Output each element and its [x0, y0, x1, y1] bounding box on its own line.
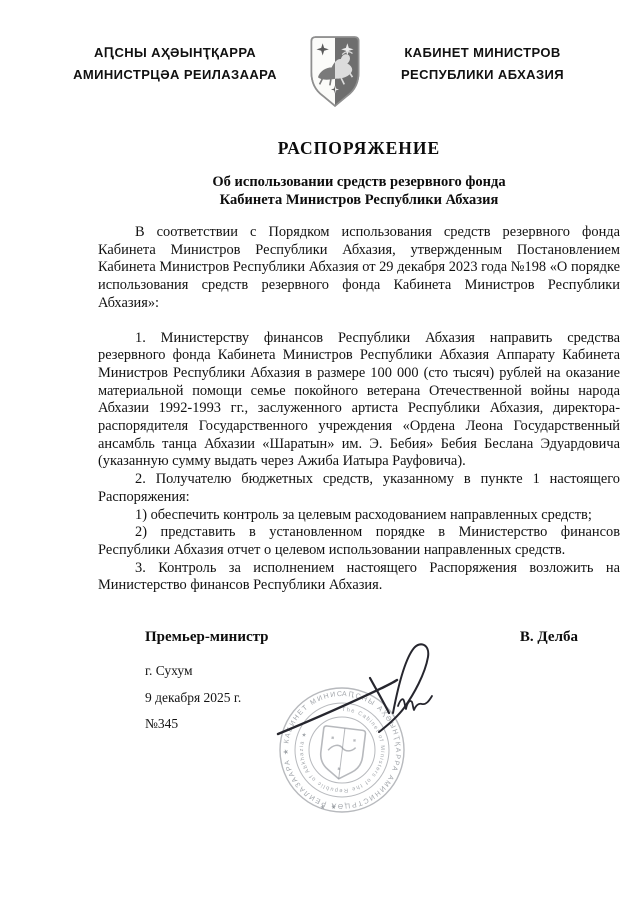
coat-of-arms-icon — [310, 36, 360, 108]
paragraph-item-3: 3. Контроль за исполнением настоящего Ра… — [98, 560, 620, 595]
paragraph-preamble: В соответствии с Порядком использования … — [98, 224, 620, 313]
paragraph-subitem-2: 2) представить в установленном порядке в… — [98, 524, 620, 559]
paragraph-item-1: 1. Министерству финансов Республики Абха… — [98, 330, 620, 472]
footer-city: г. Сухум — [145, 663, 640, 679]
subtitle-line1: Об использовании средств резервного фонд… — [98, 173, 620, 191]
footer-number: №345 — [145, 716, 640, 732]
document-page: АԤСНЫ АҲӘЫНҬҚАРРА АМИНИСТРЦӘА РЕИЛАЗААРА — [0, 0, 640, 905]
letterhead-russian-line2: РЕСПУБЛИКИ АБХАЗИЯ — [380, 64, 585, 86]
letterhead: АԤСНЫ АҲӘЫНҬҚАРРА АМИНИСТРЦӘА РЕИЛАЗААРА — [60, 36, 585, 108]
letterhead-abkhazian: АԤСНЫ АҲӘЫНҬҚАРРА АМИНИСТРЦӘА РЕИЛАЗААРА — [60, 36, 290, 86]
letterhead-abkhazian-line1: АԤСНЫ АҲӘЫНҬҚАРРА — [60, 42, 290, 64]
document-subtitle: Об использовании средств резервного фонд… — [98, 173, 620, 209]
signature-row: Премьер-министр В. Делба — [145, 629, 578, 646]
paragraph-subitem-1: 1) обеспечить контроль за целевым расход… — [98, 507, 620, 525]
document-title: РАСПОРЯЖЕНИЕ — [98, 138, 620, 159]
letterhead-russian: КАБИНЕТ МИНИСТРОВ РЕСПУБЛИКИ АБХАЗИЯ — [380, 36, 585, 86]
footer-date: 9 декабря 2025 г. — [145, 690, 640, 706]
svg-text:★ ★: ★ ★ — [320, 804, 338, 811]
document-body: В соответствии с Порядком использования … — [98, 224, 620, 595]
signer-name: В. Делба — [520, 629, 578, 646]
letterhead-abkhazian-line2: АМИНИСТРЦӘА РЕИЛАЗААРА — [60, 64, 290, 86]
letterhead-russian-line1: КАБИНЕТ МИНИСТРОВ — [380, 42, 585, 64]
document-footer: г. Сухум 9 декабря 2025 г. №345 — [145, 663, 640, 732]
paragraph-item-2: 2. Получателю бюджетных средств, указанн… — [98, 471, 620, 506]
subtitle-line2: Кабинета Министров Республики Абхазия — [98, 191, 620, 209]
signer-post: Премьер-министр — [145, 629, 269, 646]
